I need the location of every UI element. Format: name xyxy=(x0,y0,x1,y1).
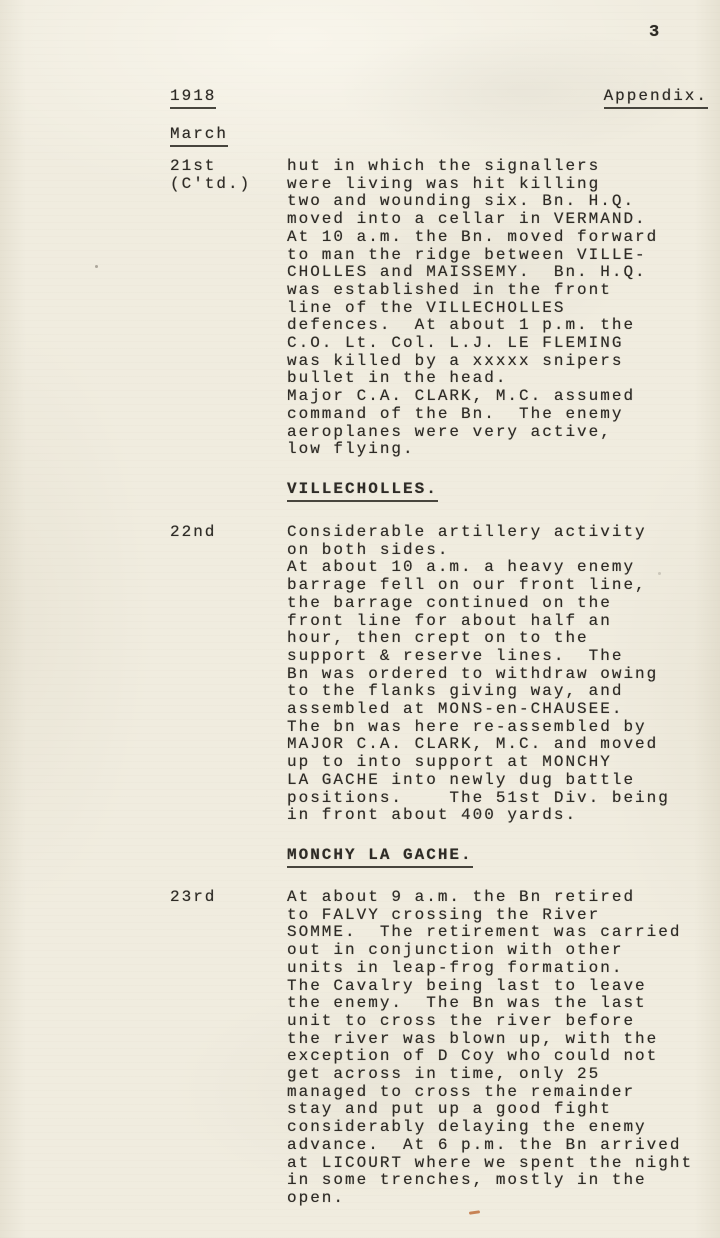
text-line: stay and put up a good fight xyxy=(287,1101,704,1119)
text-line: At 10 a.m. the Bn. moved forward xyxy=(287,229,704,247)
text-line: aeroplanes were very active, xyxy=(287,424,704,442)
text-line: command of the Bn. The enemy xyxy=(287,406,704,424)
text-line: 21st xyxy=(170,158,287,176)
appendix-text: Appendix. xyxy=(604,88,708,109)
section-heading-villecholles: VILLECHOLLES. xyxy=(287,481,438,502)
text-line: low flying. xyxy=(287,441,704,459)
diary-page: 3 1918 Appendix. March 21st(C'td.) hut i… xyxy=(0,0,720,1238)
text-line: to man the ridge between VILLE- xyxy=(287,247,704,265)
text-line: up to into support at MONCHY xyxy=(287,754,704,772)
text-line: CHOLLES and MAISSEMY. Bn. H.Q. xyxy=(287,264,704,282)
section-heading-monchy-la-gache: MONCHY LA GACHE. xyxy=(287,847,473,868)
text-line: the enemy. The Bn was the last xyxy=(287,995,704,1013)
text-line: out in conjunction with other xyxy=(287,942,704,960)
appendix-label: Appendix. xyxy=(604,88,708,109)
text-line: Major C.A. CLARK, M.C. assumed xyxy=(287,388,704,406)
text-line: 22nd xyxy=(170,524,287,542)
diary-entry-23rd: 23rd At about 9 a.m. the Bn retiredto FA… xyxy=(170,889,704,1208)
text-line: to FALVY crossing the River xyxy=(287,907,704,925)
text-line: to the flanks giving way, and xyxy=(287,683,704,701)
entry-body: At about 9 a.m. the Bn retiredto FALVY c… xyxy=(287,889,704,1208)
diary-entry-22nd: 22nd Considerable artillery activityon b… xyxy=(170,524,704,825)
text-line: advance. At 6 p.m. the Bn arrived xyxy=(287,1137,704,1155)
text-line: At about 10 a.m. a heavy enemy xyxy=(287,559,704,577)
month-heading: March xyxy=(170,126,228,147)
text-line: barrage fell on our front line, xyxy=(287,577,704,595)
text-line: on both sides. xyxy=(287,542,704,560)
text-line: support & reserve lines. The xyxy=(287,648,704,666)
text-line: exception of D Coy who could not xyxy=(287,1048,704,1066)
year-heading: 1918 xyxy=(170,88,216,109)
text-line: LA GACHE into newly dug battle xyxy=(287,772,704,790)
text-line: at LICOURT where we spent the night xyxy=(287,1155,704,1173)
year-text: 1918 xyxy=(170,88,216,109)
text-line: get across in time, only 25 xyxy=(287,1066,704,1084)
pencil-mark xyxy=(469,1210,480,1215)
paper-speck xyxy=(658,572,661,575)
text-line: positions. The 51st Div. being xyxy=(287,790,704,808)
text-line: moved into a cellar in VERMAND. xyxy=(287,211,704,229)
paper-speck xyxy=(95,265,98,268)
text-line: hut in which the signallers xyxy=(287,158,704,176)
text-line: Bn was ordered to withdraw owing xyxy=(287,666,704,684)
section-heading-text: VILLECHOLLES. xyxy=(287,481,438,502)
text-line: were living was hit killing xyxy=(287,176,704,194)
text-line: considerably delaying the enemy xyxy=(287,1119,704,1137)
text-line: the river was blown up, with the xyxy=(287,1031,704,1049)
text-line: units in leap-frog formation. xyxy=(287,960,704,978)
text-line: front line for about half an xyxy=(287,613,704,631)
text-line: in some trenches, mostly in the xyxy=(287,1172,704,1190)
text-line: was killed by a xxxxx snipers xyxy=(287,353,704,371)
month-text: March xyxy=(170,126,228,147)
entry-date: 23rd xyxy=(170,889,287,907)
text-line: MAJOR C.A. CLARK, M.C. and moved xyxy=(287,736,704,754)
text-line: At about 9 a.m. the Bn retired xyxy=(287,889,704,907)
text-line: the barrage continued on the xyxy=(287,595,704,613)
entry-date: 22nd xyxy=(170,524,287,542)
page-number: 3 xyxy=(649,24,661,42)
entry-body: hut in which the signallerswere living w… xyxy=(287,158,704,459)
text-line: managed to cross the remainder xyxy=(287,1084,704,1102)
text-line: unit to cross the river before xyxy=(287,1013,704,1031)
text-line: assembled at MONS-en-CHAUSEE. xyxy=(287,701,704,719)
text-line: in front about 400 yards. xyxy=(287,807,704,825)
diary-entry-21st: 21st(C'td.) hut in which the signallersw… xyxy=(170,158,704,459)
text-line: (C'td.) xyxy=(170,176,287,194)
text-line: The bn was here re-assembled by xyxy=(287,719,704,737)
text-line: defences. At about 1 p.m. the xyxy=(287,317,704,335)
text-line: was established in the front xyxy=(287,282,704,300)
text-line: two and wounding six. Bn. H.Q. xyxy=(287,193,704,211)
text-line: The Cavalry being last to leave xyxy=(287,978,704,996)
section-heading-text: MONCHY LA GACHE. xyxy=(287,847,473,868)
text-line: open. xyxy=(287,1190,704,1208)
text-line: hour, then crept on to the xyxy=(287,630,704,648)
text-line: bullet in the head. xyxy=(287,370,704,388)
text-line: 23rd xyxy=(170,889,287,907)
entry-body: Considerable artillery activityon both s… xyxy=(287,524,704,825)
text-line: line of the VILLECHOLLES xyxy=(287,300,704,318)
text-line: Considerable artillery activity xyxy=(287,524,704,542)
text-line: SOMME. The retirement was carried xyxy=(287,924,704,942)
text-line: C.O. Lt. Col. L.J. LE FLEMING xyxy=(287,335,704,353)
entry-date: 21st(C'td.) xyxy=(170,158,287,193)
